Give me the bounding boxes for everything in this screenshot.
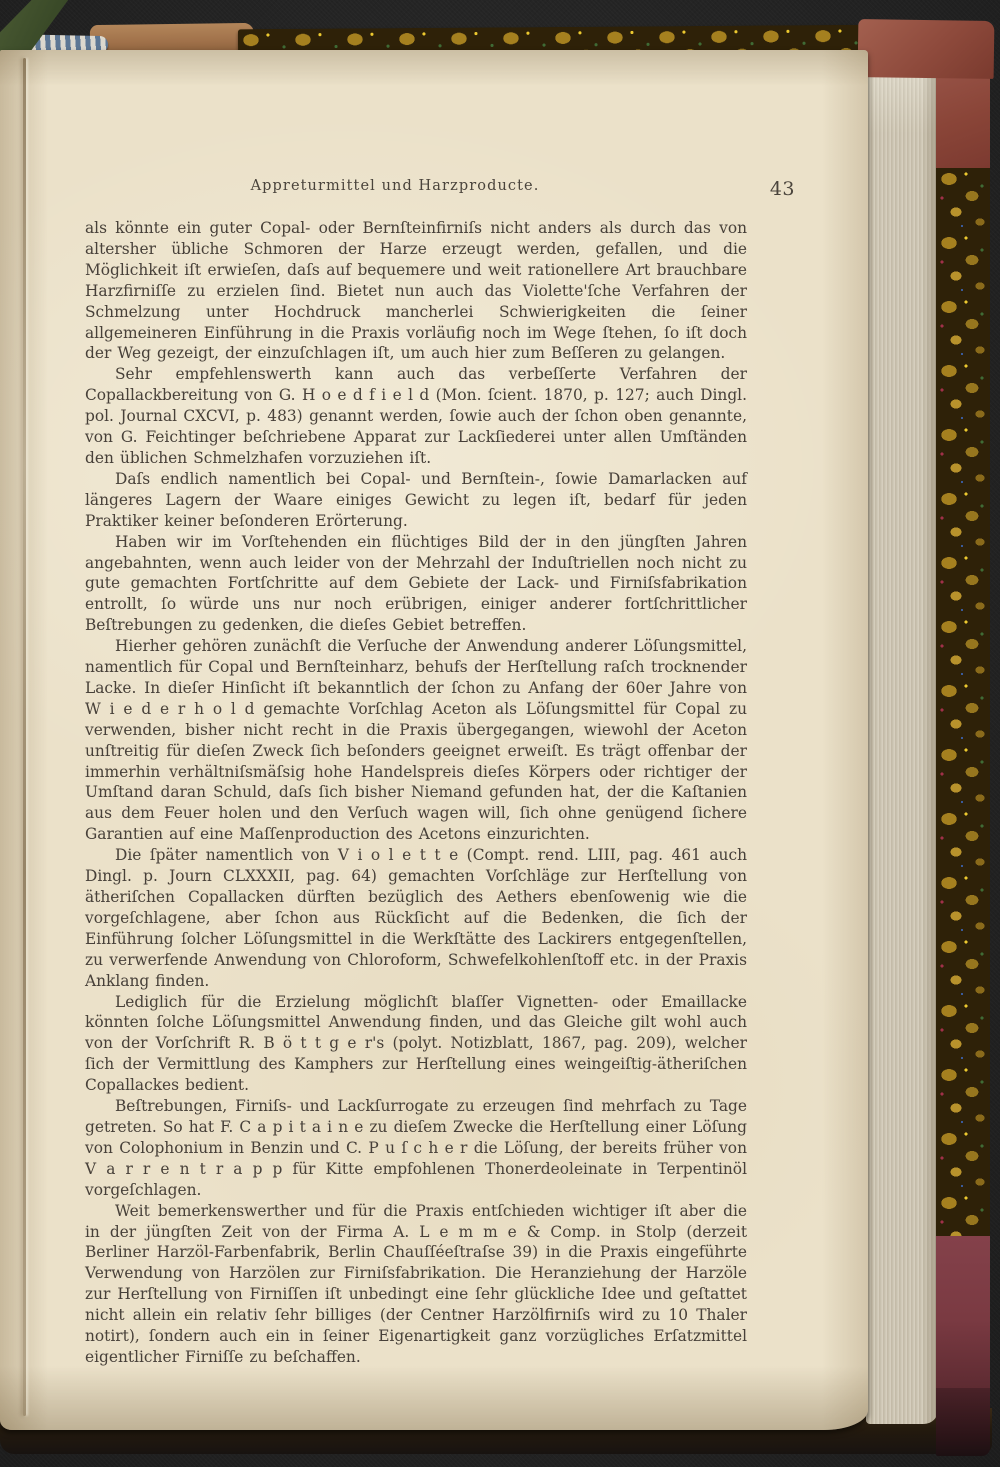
body-paragraph: Sehr empfehlenswerth kann auch das verbe… xyxy=(85,364,747,469)
marbled-cover-edge xyxy=(936,56,990,1456)
body-paragraph: Haben wir im Vorſtehenden ein flüchtiges… xyxy=(85,532,747,637)
marbled-paper-strip xyxy=(936,168,990,1236)
page-number: 43 xyxy=(645,178,795,200)
body-paragraph: Daſs endlich namentlich bei Copal- und B… xyxy=(85,469,747,532)
body-paragraph: Hierher gehören zunächſt die Verſuche de… xyxy=(85,636,747,845)
body-paragraph: Lediglich für die Erzielung möglichſt bl… xyxy=(85,992,747,1097)
body-paragraph: Weit bemerkenswerther und für die Praxis… xyxy=(85,1201,747,1368)
scan-background: Appreturmittel und Harzproducte. 43 als … xyxy=(0,0,1000,1467)
page-fore-edge xyxy=(866,52,938,1424)
body-paragraph: Die ſpäter namentlich von V i o l e t t … xyxy=(85,845,747,991)
book-page: Appreturmittel und Harzproducte. 43 als … xyxy=(0,50,868,1430)
running-header: Appreturmittel und Harzproducte. xyxy=(85,178,705,194)
cover-corner-leather-right xyxy=(858,19,995,79)
cover-corner-leather-bottom xyxy=(936,1236,990,1388)
body-text: als könnte ein guter Copal- oder Bernſte… xyxy=(85,218,747,1368)
body-paragraph: als könnte ein guter Copal- oder Bernſte… xyxy=(85,218,747,364)
page-gutter-crease xyxy=(23,58,26,1416)
cover-bottom-shadow xyxy=(936,1388,990,1456)
body-paragraph: Beſtrebungen, Firniſs- und Lackſurrogate… xyxy=(85,1096,747,1201)
page-header: Appreturmittel und Harzproducte. 43 xyxy=(85,178,747,204)
